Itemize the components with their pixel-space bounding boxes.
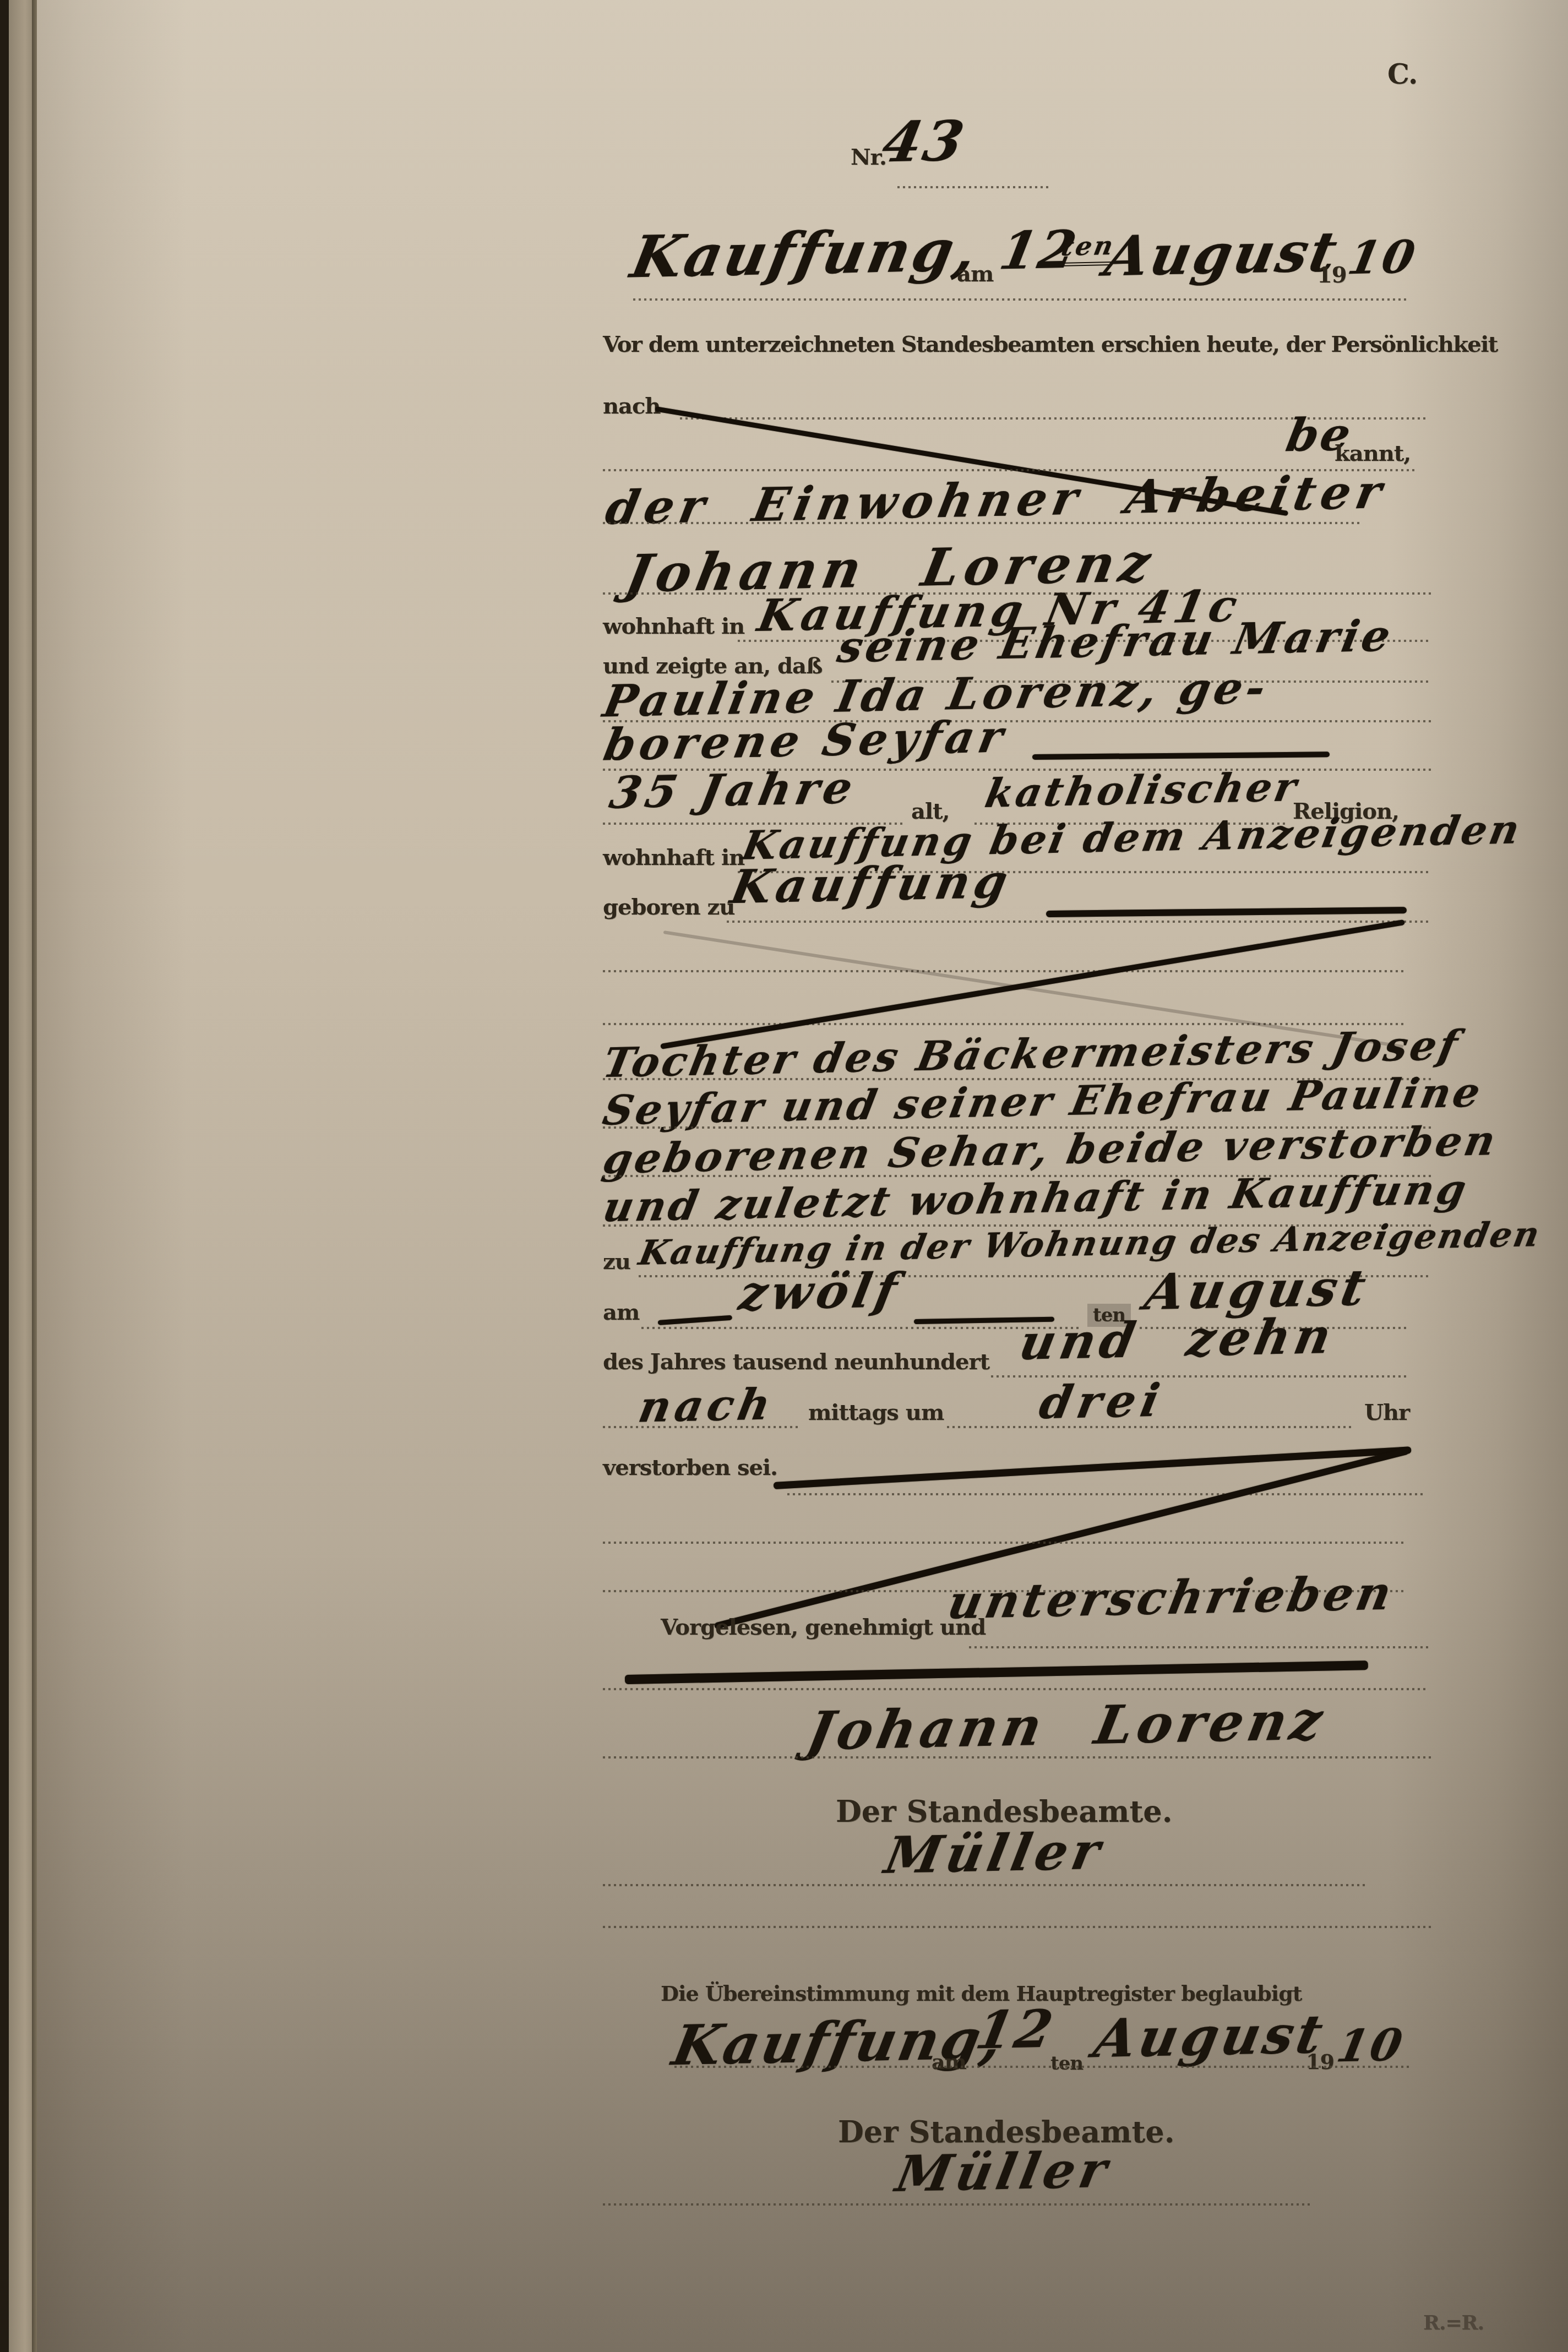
underlying-page-edge <box>9 0 32 2352</box>
mittags-label: mittags um <box>808 1400 944 1425</box>
dotted-line <box>674 2066 1409 2068</box>
geboren-label: geboren zu <box>603 894 734 920</box>
year-of-death-handwritten: und zehn <box>1015 1307 1340 1371</box>
zu-label: zu <box>603 1249 630 1275</box>
registrar-signature: Müller <box>880 1821 1109 1885</box>
certification-line: Die Übereinstimmung mit dem Hauptregiste… <box>661 1981 1302 2006</box>
daytime-handwritten: nach <box>635 1379 779 1432</box>
heavy-ink-line <box>625 1660 1368 1684</box>
declarant-occupation-handwritten: der Einwohner Arbeiter <box>602 464 1392 535</box>
certification-month-handwritten: August <box>1089 2003 1331 2070</box>
am-label-2: am <box>603 1299 639 1325</box>
month-handwritten: August <box>1100 219 1344 289</box>
hour-handwritten: drei <box>1035 1374 1169 1430</box>
dotted-line <box>603 2203 1313 2206</box>
bekannt-printed-suffix: kannt, <box>1335 440 1411 466</box>
registrar-signature-2: Müller <box>891 2141 1116 2203</box>
age-handwritten: 35 Jahre <box>606 761 861 818</box>
filler-ink-line <box>658 1315 732 1325</box>
certification-year-handwritten: 10 <box>1333 2019 1409 2072</box>
year-printed-prefix: 19 <box>1317 262 1347 288</box>
record-number-value: 43 <box>877 108 971 175</box>
dotted-line <box>603 1542 1407 1544</box>
dotted-line <box>947 1426 1354 1428</box>
printer-mark: R.=R. <box>1423 2311 1484 2334</box>
filler-ink-line <box>1032 752 1330 760</box>
year-of-death-label: des Jahres tausend neunhundert <box>603 1349 989 1375</box>
dotted-line <box>603 1926 1431 1928</box>
declarant-signature: Johann Lorenz <box>802 1689 1332 1762</box>
dotted-line <box>603 1756 1431 1758</box>
death-day-handwritten: zwölf <box>735 1262 906 1321</box>
am-label: am <box>957 261 993 287</box>
dotted-line <box>969 1646 1431 1648</box>
book-gutter-shadow <box>0 0 9 2352</box>
wohnhaft-label-2: wohnhaft in <box>603 845 744 870</box>
intro-paragraph: Vor dem unterzeichneten Standesbeamten e… <box>603 331 1498 357</box>
certification-am-label: am <box>932 2049 966 2074</box>
dotted-line <box>641 1327 1082 1329</box>
strikethrough-line <box>774 1446 1412 1489</box>
certification-day-handwritten: 12 <box>971 1999 1059 2061</box>
year-handwritten: 10 <box>1344 231 1422 285</box>
dotted-line <box>633 298 1409 301</box>
page-fold-crease <box>32 0 37 2352</box>
deceased-maiden-name-handwritten: borene Seyfar <box>600 710 1011 770</box>
form-section-letter: C. <box>1387 58 1417 90</box>
dotted-line <box>603 1023 1407 1025</box>
place-name-handwritten: Kauffung, <box>626 215 984 291</box>
religion-handwritten: katholischer <box>982 763 1303 816</box>
nach-label: nach <box>603 393 660 419</box>
wohnhaft-label: wohnhaft in <box>603 613 744 639</box>
dotted-line <box>727 921 1431 923</box>
uhr-label: Uhr <box>1364 1400 1409 1425</box>
dotted-line <box>603 522 1363 524</box>
filler-ink-line <box>1046 907 1407 917</box>
certification-year-printed: 19 <box>1306 2049 1334 2074</box>
dotted-line <box>603 1884 1368 1886</box>
dotted-line <box>787 1493 1426 1495</box>
dotted-line <box>603 970 1407 972</box>
dotted-line <box>603 1426 801 1428</box>
dotted-line <box>897 186 1052 188</box>
verstorben-label: verstorben sei. <box>603 1455 777 1480</box>
vorgelesen-label: Vorgelesen, genehmigt und <box>661 1614 986 1640</box>
certification-ten-label: ten <box>1050 2052 1083 2075</box>
unterschrieben-handwritten: unterschrieben <box>944 1566 1399 1630</box>
death-record-photo: C. Nr. 43 Kauffung, am 12 ten August 19 … <box>0 0 1568 2352</box>
birthplace-handwritten: Kauffung <box>726 854 1016 914</box>
